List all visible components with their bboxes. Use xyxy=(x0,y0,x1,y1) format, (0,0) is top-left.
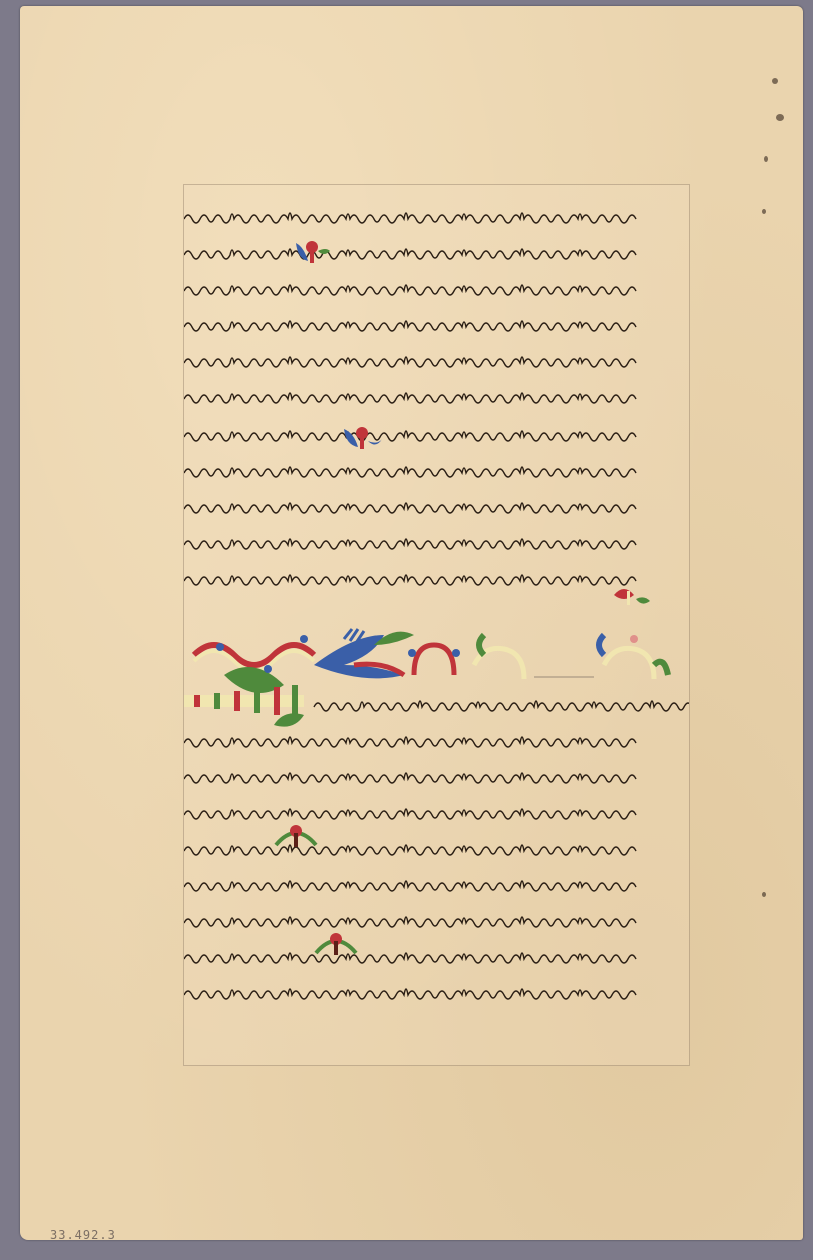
floral-punctuation-icon xyxy=(296,241,330,263)
decorative-band xyxy=(184,629,668,727)
stain xyxy=(776,114,784,121)
stain xyxy=(772,78,778,84)
catalog-number: 33.492.3 xyxy=(50,1228,116,1242)
stain xyxy=(762,892,766,897)
stain xyxy=(762,209,766,214)
text-panel xyxy=(183,184,690,1066)
manuscript-sheet: 33.492.3 xyxy=(20,6,803,1240)
stain xyxy=(764,156,768,162)
script-lines xyxy=(184,185,689,1065)
